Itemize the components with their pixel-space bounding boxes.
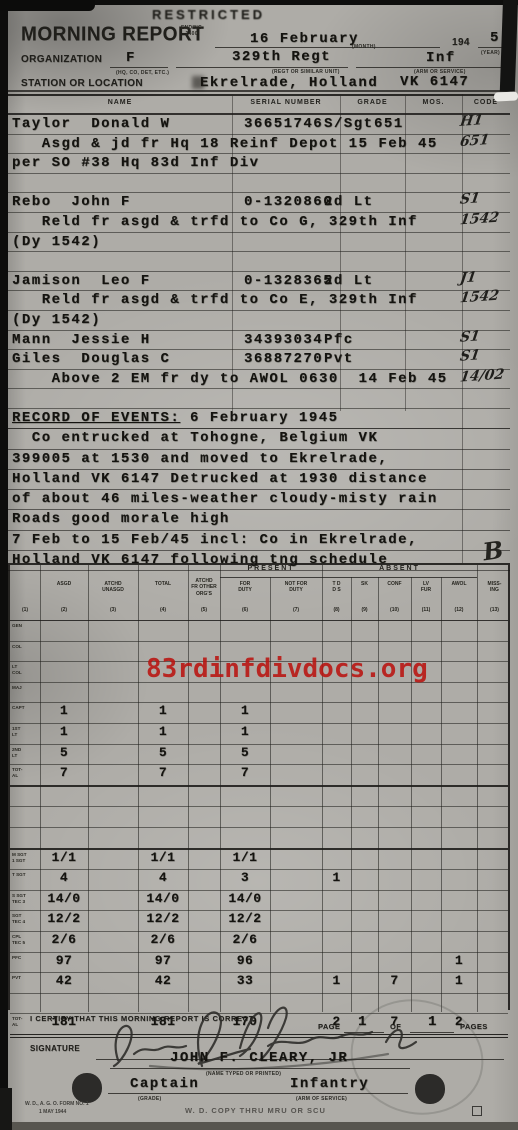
year-value: 5 <box>490 30 500 46</box>
hole-punch-left <box>72 1073 102 1103</box>
strength-value: 1/1 <box>138 850 188 865</box>
strength-value: 42 <box>138 973 188 988</box>
col-num: (5) <box>188 607 220 613</box>
roster-vline-1 <box>232 96 233 411</box>
strength-value: 7 <box>40 765 88 780</box>
name-line <box>110 1068 410 1069</box>
report-title: MORNING REPORT <box>21 23 204 47</box>
col-label: CONF <box>378 577 411 605</box>
strength-row: MAJ <box>10 683 508 704</box>
strength-row: 2ND LT555 <box>10 745 508 766</box>
roster-vline-3 <box>405 96 406 411</box>
strength-row-label: 2ND LT <box>10 747 40 759</box>
col-num: (12) <box>441 607 477 613</box>
col-label: FOR DUTY <box>220 577 270 605</box>
strength-value: 2/6 <box>138 932 188 947</box>
ending-2400-label: ENDING 2400 <box>181 26 202 37</box>
record-of-events: RECORD OF EVENTS: 6 February 1945 Co ent… <box>8 409 510 563</box>
strength-table: PRESENT ABSENT ASGD ATCHD UNASGD TOTAL A… <box>8 563 510 1010</box>
strength-row-label: PFC <box>10 955 40 961</box>
events-line: 7 Feb to 15 Feb/45 incl: Co in Ekrelrade… <box>12 532 418 548</box>
strength-value: 1 <box>138 703 188 718</box>
strength-vline <box>220 565 221 1012</box>
roster-remark: (Dy 1542) <box>12 312 101 328</box>
roster-remark: (Dy 1542) <box>12 234 101 250</box>
strength-value: 12/2 <box>40 911 88 926</box>
station-label: STATION OR LOCATION <box>21 78 143 89</box>
strength-row-label: T SGT <box>10 872 40 878</box>
strength-row-label: CPL TEC 5 <box>10 934 40 946</box>
strength-value: 97 <box>40 953 88 968</box>
roster-name: Mann Jessie H <box>12 332 151 348</box>
roster-name: Taylor Donald W <box>12 116 170 132</box>
strength-row: S SGT TEC 314/014/014/0 <box>10 891 508 912</box>
roster-code: 651 <box>459 131 490 149</box>
strength-vline <box>441 577 442 1012</box>
strength-vline <box>411 577 412 1012</box>
col-num: (13) <box>477 607 512 613</box>
roster-row: (Dy 1542) <box>8 233 510 253</box>
ending-time: 2400 <box>181 32 202 38</box>
strength-value: 14/0 <box>138 891 188 906</box>
roster-code: 1542 <box>459 210 500 229</box>
organization-unit: F <box>126 50 136 66</box>
organization-branch: Inf <box>426 50 456 66</box>
col-num: (2) <box>40 607 88 613</box>
strength-value: 42 <box>40 973 88 988</box>
strength-row: 1ST LT111 <box>10 724 508 745</box>
scan-edge-left <box>0 0 8 1130</box>
roster-row: Mann Jessie H34393034PfcS1 <box>8 331 510 351</box>
col-label <box>10 577 40 605</box>
roster-grade: Pvt <box>324 351 354 367</box>
strength-vline <box>378 577 379 1012</box>
org-regiment-line <box>176 67 348 68</box>
events-date: 6 February 1945 <box>190 410 339 426</box>
events-line: 399005 at 1530 and moved to Ekrelrade, <box>12 451 388 467</box>
scan-corner-top-right <box>500 0 518 92</box>
roster-grade: 2d Lt <box>324 273 374 289</box>
strength-value: 1 <box>441 973 477 988</box>
col-num: (4) <box>138 607 188 613</box>
strength-vline <box>322 565 323 1012</box>
strength-value: 5 <box>40 745 88 760</box>
roster-remark: Asgd & jd fr Hq 18 Reinf Depot 15 Feb 45 <box>12 136 438 152</box>
strength-value: 14/0 <box>40 891 88 906</box>
roster-row <box>8 174 510 194</box>
col-num: (7) <box>270 607 322 613</box>
margin-mark-b: B <box>481 535 505 567</box>
roster-serial: 34393034 <box>244 332 323 348</box>
strength-value: 1 <box>40 703 88 718</box>
strength-value: 1 <box>138 724 188 739</box>
col-label: TOTAL <box>138 577 188 605</box>
roster-row: Taylor Donald W36651746S/Sgt651H1 <box>8 115 510 135</box>
col-num: (9) <box>351 607 378 613</box>
strength-row: TOT- AL777 <box>10 765 508 787</box>
strength-row-label: LT COL <box>10 664 40 676</box>
strength-value: 3 <box>220 870 270 885</box>
org-branch-line <box>356 67 504 68</box>
strength-row-label: COL <box>10 644 40 650</box>
roster-remark: per SO #38 Hq 83d Inf Div <box>12 155 260 171</box>
strength-row: CAPT111 <box>10 703 508 724</box>
col-label: NOT FOR DUTY <box>270 577 322 605</box>
name-sublabel: (NAME TYPED OR PRINTED) <box>206 1071 281 1077</box>
strength-row-label: GEN <box>10 623 40 629</box>
strength-value: 4 <box>40 870 88 885</box>
signature-label: SIGNATURE <box>30 1044 80 1053</box>
year-prefix: 194 <box>452 37 470 48</box>
org-unit-line <box>110 67 168 68</box>
strength-row: GEN <box>10 621 508 642</box>
scan-edge-bottom <box>0 1122 518 1130</box>
scan-corner-bottom-left <box>0 1088 12 1130</box>
roster-code: 1542 <box>459 288 500 307</box>
events-line: Co entrucked at Tohogne, Belgium VK <box>12 430 378 446</box>
events-title: RECORD OF EVENTS: <box>12 410 180 426</box>
copy-routing-note: W. D. COPY THRU MRU OR SCU <box>185 1106 326 1115</box>
organization-regiment: 329th Regt <box>232 49 331 65</box>
roster-code: 14/02 <box>459 366 505 385</box>
strength-value: 96 <box>220 953 270 968</box>
strength-vline <box>270 577 271 1012</box>
strength-vline <box>188 565 189 1012</box>
roster-row: Giles Douglas C36887270PvtS1 <box>8 350 510 370</box>
strength-vline <box>477 565 478 1012</box>
events-line: Holland VK 6147 Detrucked at 1930 distan… <box>12 471 428 487</box>
strength-vline <box>138 565 139 1012</box>
strength-vline <box>351 577 352 1012</box>
strength-value: 2/6 <box>220 932 270 947</box>
col-label: MISS- ING <box>477 577 512 605</box>
overtype-smudge <box>192 76 204 89</box>
form-id-line2: 1 MAY 1944 <box>25 1108 89 1116</box>
roster-mos: 651 <box>374 116 404 132</box>
strength-value: 1/1 <box>40 850 88 865</box>
col-num: (8) <box>322 607 351 613</box>
strength-value: 1 <box>220 703 270 718</box>
roster-rows: Taylor Donald W36651746S/Sgt651H1 Asgd &… <box>8 115 510 429</box>
roster-col-code: CODE <box>462 99 510 106</box>
col-label: AWOL <box>441 577 477 605</box>
month-sublabel: (MONTH) <box>352 44 376 50</box>
col-label: LV FUR <box>411 577 441 605</box>
strength-value: 12/2 <box>220 911 270 926</box>
archive-watermark: 83rdinfdivdocs.org <box>146 654 428 684</box>
strength-value: 7 <box>220 765 270 780</box>
col-num: (1) <box>10 607 40 613</box>
roster-serial: 36887270 <box>244 351 323 367</box>
report-date: 16 February <box>250 31 359 47</box>
roster-col-name: NAME <box>8 99 232 106</box>
strength-value: 14/0 <box>220 891 270 906</box>
roster-name: Giles Douglas C <box>12 351 170 367</box>
hole-punch-right <box>415 1074 445 1104</box>
roster-row: per SO #38 Hq 83d Inf Div <box>8 154 510 174</box>
station-coord: VK 6147 <box>400 74 469 90</box>
strength-vline <box>40 565 41 1012</box>
roster-row <box>8 252 510 272</box>
strength-value: 12/2 <box>138 911 188 926</box>
roster-remark: Reld fr asgd & trfd to Co E, 329th Inf <box>12 292 418 308</box>
roster-remark: Reld fr asgd & trfd to Co G, 329th Inf <box>12 214 418 230</box>
strength-header: PRESENT ABSENT ASGD ATCHD UNASGD TOTAL A… <box>10 565 508 621</box>
strength-row-label: SGT TEC 4 <box>10 913 40 925</box>
organization-label: ORGANIZATION <box>21 54 102 65</box>
strength-value: 1/1 <box>220 850 270 865</box>
strength-value: 97 <box>138 953 188 968</box>
strength-value: 5 <box>138 745 188 760</box>
strength-row: PFC9797961 <box>10 953 508 974</box>
strength-row-label: PVT <box>10 975 40 981</box>
strength-row-label: CAPT <box>10 705 40 711</box>
roster-remark: Above 2 EM fr dy to AWOL 0630 14 Feb 45 <box>12 371 448 387</box>
roster-grade: Pfc <box>324 332 354 348</box>
scan-edge-top <box>0 0 518 5</box>
strength-row: CPL TEC 52/62/62/6 <box>10 932 508 953</box>
strength-row-label: S SGT TEC 3 <box>10 893 40 905</box>
arm-value: Infantry <box>290 1076 369 1092</box>
col-label: ATCHD UNASGD <box>88 577 138 605</box>
grade-sublabel: (GRADE) <box>138 1096 162 1102</box>
year-sublabel: (YEAR) <box>481 50 500 56</box>
roster-row: (Dy 1542) <box>8 311 510 331</box>
roster-header: NAME SERIAL NUMBER GRADE MOS. CODE <box>8 96 510 115</box>
grade-arm-line <box>108 1093 408 1094</box>
strength-row: T SGT4431 <box>10 870 508 891</box>
strength-row-label: MAJ <box>10 685 40 691</box>
roster-col-serial: SERIAL NUMBER <box>232 99 340 106</box>
roster-table: NAME SERIAL NUMBER GRADE MOS. CODE Taylo… <box>8 94 510 411</box>
roster-row: Rebo John F0-13208602d LtS1 <box>8 193 510 213</box>
col-label: ATCHD FR OTHER ORG'S <box>188 577 220 605</box>
col-label: ASGD <box>40 577 88 605</box>
col-label: SK <box>351 577 378 605</box>
strength-value: 1 <box>322 870 351 885</box>
restricted-stamp: RESTRICTED <box>152 7 265 22</box>
strength-value: 4 <box>138 870 188 885</box>
roster-grade: 2d Lt <box>324 194 374 210</box>
col-num: (11) <box>411 607 441 613</box>
org-unit-sublabel: (HQ, CO, DET, ETC.) <box>116 70 169 76</box>
year-blank-line <box>478 47 508 48</box>
strength-row-label: TOT- AL <box>10 767 40 779</box>
strength-vline <box>88 565 89 1012</box>
strength-value: 33 <box>220 973 270 988</box>
corner-checkbox <box>472 1106 482 1116</box>
signed-name-typed: JOHN F. CLEARY, JR <box>170 1050 348 1066</box>
strength-value: 7 <box>138 765 188 780</box>
roster-vline-2 <box>340 96 341 411</box>
header-divider <box>8 90 510 92</box>
strength-row <box>10 807 508 828</box>
strength-row-label: 1ST LT <box>10 726 40 738</box>
col-num: (10) <box>378 607 411 613</box>
strength-value: 1 <box>40 724 88 739</box>
strength-row <box>10 787 508 808</box>
strength-value: 5 <box>220 745 270 760</box>
strength-row: SGT TEC 412/212/212/2 <box>10 911 508 932</box>
roster-col-grade: GRADE <box>340 99 405 106</box>
roster-row: Reld fr asgd & trfd to Co G, 329th Inf15… <box>8 213 510 233</box>
events-line: of about 46 miles-weather cloudy-misty r… <box>12 491 438 507</box>
morning-report-scan: RESTRICTED MORNING REPORT ENDING 2400 16… <box>0 0 518 1130</box>
station-value: Ekrelrade, Holland <box>200 75 378 91</box>
strength-row: M SGT 1 SGT1/11/11/1 <box>10 850 508 871</box>
strength-value: 1 <box>220 724 270 739</box>
date-blank-line <box>215 47 440 48</box>
grade-value: Captain <box>130 1076 199 1092</box>
roster-row: Reld fr asgd & trfd to Co E, 329th Inf15… <box>8 291 510 311</box>
strength-value: 1 <box>441 953 477 968</box>
col-num: (6) <box>220 607 270 613</box>
arm-sublabel: (ARM OF SERVICE) <box>296 1096 347 1102</box>
roster-row: Asgd & jd fr Hq 18 Reinf Depot 15 Feb 45… <box>8 135 510 155</box>
roster-grade: S/Sgt <box>324 116 374 132</box>
roster-serial: 36651746 <box>244 116 323 132</box>
roster-serial: 0-1328365 <box>244 273 333 289</box>
roster-row <box>8 389 510 409</box>
roster-row: Above 2 EM fr dy to AWOL 0630 14 Feb 451… <box>8 370 510 390</box>
strength-value: 1 <box>322 973 351 988</box>
roster-name: Rebo John F <box>12 194 131 210</box>
strength-value: 7 <box>378 973 411 988</box>
roster-serial: 0-1320860 <box>244 194 333 210</box>
roster-name: Jamison Leo F <box>12 273 151 289</box>
col-label: T D D S <box>322 577 351 605</box>
strength-row <box>10 828 508 850</box>
strength-value: 2/6 <box>40 932 88 947</box>
form-id: W. D., A. G. O. FORM NO. 1 1 MAY 1944 <box>25 1100 89 1116</box>
form-id-line1: W. D., A. G. O. FORM NO. 1 <box>25 1100 89 1108</box>
scan-corner-top-left <box>0 0 95 11</box>
events-line: Roads good morale high <box>12 511 230 527</box>
strength-row-label: M SGT 1 SGT <box>10 852 40 864</box>
col-num: (3) <box>88 607 138 613</box>
roster-col-mos: MOS. <box>405 99 462 106</box>
roster-row: Jamison Leo F0-13283652d LtJ1 <box>8 272 510 292</box>
strength-row: PVT424233171 <box>10 973 508 994</box>
